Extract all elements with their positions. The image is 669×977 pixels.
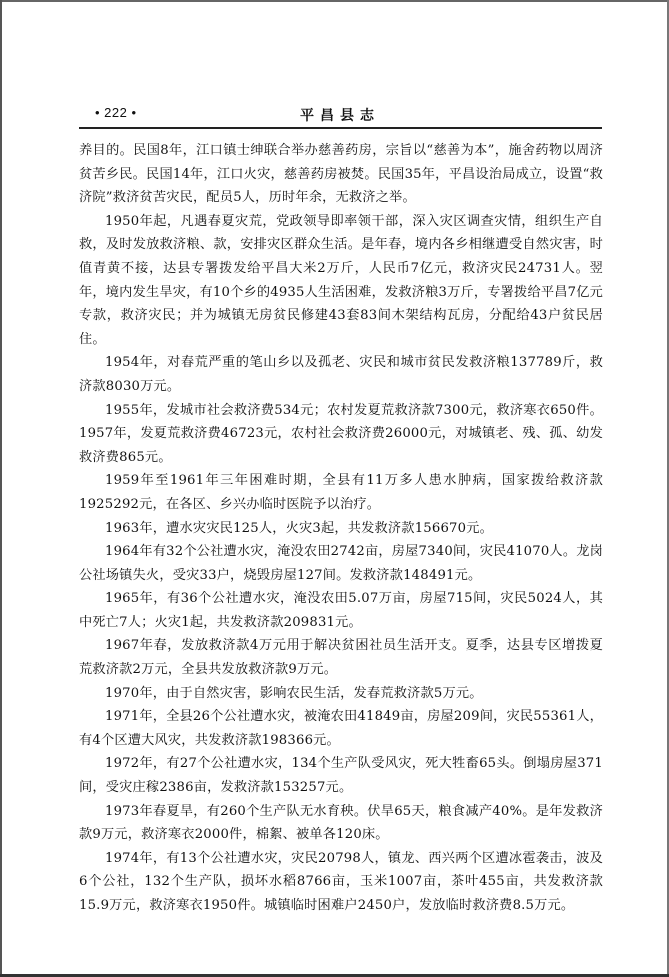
paragraph: 1965年，有36个公社遭水灾，淹没农田5.07万亩，房屋715间，灾民5024… [79,587,603,634]
paragraph: 1963年，遭水灾灾民125人，火灾3起，共发救济款156670元。 [79,517,603,541]
paragraph: 1970年，由于自然灾害，影响农民生活，发春荒救济款5万元。 [79,682,603,706]
paragraph: 1955年，发城市社会救济费534元；农村发夏荒救济款7300元，救济寒衣650… [79,399,603,470]
paragraph: 1974年，有13个公社遭水灾，灾民20798人，镇龙、西兴两个区遭冰雹袭击，波… [79,847,603,918]
running-title: 平昌县志 [79,105,601,125]
header-rule [79,127,602,129]
scan-border-top [0,0,669,2]
body-text: 养目的。民国8年，江口镇士绅联合举办慈善药房，宗旨以“慈善为本”，施舍药物以周济… [79,139,603,918]
paragraph: 1971年，全县26个公社遭水灾，被淹农田41849亩，房屋209间，灾民553… [79,705,603,752]
paragraph: 1967年春，发放救济款4万元用于解决贫困社员生活开支。夏季，达县专区增拨夏荒救… [79,634,603,681]
paragraph: 1964年有32个公社遭水灾，淹没农田2742亩，房屋7340间，灾民41070… [79,540,603,587]
paragraph: 养目的。民国8年，江口镇士绅联合举办慈善药房，宗旨以“慈善为本”，施舍药物以周济… [79,139,603,210]
paragraph: 1954年，对春荒严重的笔山乡以及孤老、灾民和城市贫民发救济粮137789斤，救… [79,351,603,398]
paragraph: 1972年，有27个公社遭水灾，134个生产队受风灾，死大牲畜65头。倒塌房屋3… [79,752,603,799]
paragraph: 1950年起，凡遇春夏灾荒，党政领导即率领干部，深入灾区调查灾情，组织生产自救，… [79,210,603,352]
paragraph: 1959年至1961年三年困难时期，全县有11万多人患水肿病，国家拨给救济款19… [79,469,603,516]
paragraph: 1973年春夏旱，有260个生产队无水育秧。伏旱65天，粮食减产40%。是年发救… [79,800,603,847]
page-header: • 222 • 平昌县志 [79,105,601,125]
scan-border-left [0,0,2,977]
